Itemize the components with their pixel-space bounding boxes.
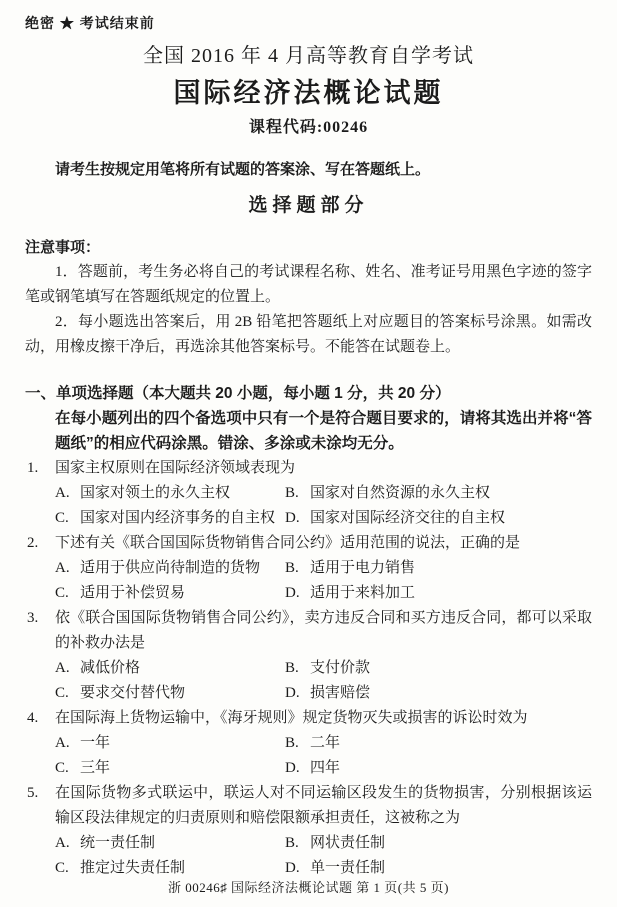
option-label: C. <box>55 506 80 531</box>
option-b: B.支付价款 <box>285 656 592 681</box>
paper-title: 国际经济法概论试题 <box>25 76 592 110</box>
option-label: C. <box>55 581 80 606</box>
question-4: 4. 在国际海上货物运输中，《海牙规则》规定货物灭失或损害的诉讼时效为 A.一年… <box>25 706 592 781</box>
question-stem-text: 在国际货物多式联运中，联运人对不同运输区段发生的货物损害，分别根据该运输区段法律… <box>55 785 592 826</box>
question-number: 5. <box>27 781 55 806</box>
attention-block: 注意事项： 1．答题前，考生务必将自己的考试课程名称、姓名、准考证号用黑色字迹的… <box>25 235 592 360</box>
option-b: B.网状责任制 <box>285 831 592 856</box>
question-options: A.适用于供应尚待制造的货物 B.适用于电力销售 C.适用于补偿贸易 D.适用于… <box>25 556 592 606</box>
section-title: 选择题部分 <box>25 193 592 218</box>
exam-paper-page: 绝密 ★ 考试结束前 全国 2016 年 4 月高等教育自学考试 国际经济法概论… <box>0 0 617 907</box>
option-label: A. <box>55 831 80 856</box>
option-text: 支付价款 <box>310 660 370 676</box>
option-text: 减低价格 <box>80 660 140 676</box>
option-text: 国家对国内经济事务的自主权 <box>80 510 275 526</box>
attention-item-2: 2．每小题选出答案后，用 2B 铅笔把答题纸上对应题目的答案标号涂黑。如需改动，… <box>25 310 592 360</box>
option-text: 适用于来料加工 <box>310 585 415 601</box>
question-stem: 5. 在国际货物多式联运中，联运人对不同运输区段发生的货物损害，分别根据该运输区… <box>25 781 592 831</box>
course-code: 课程代码:00246 <box>25 117 592 139</box>
question-options: A.减低价格 B.支付价款 C.要求交付替代物 D.损害赔偿 <box>25 656 592 706</box>
question-options: A.统一责任制 B.网状责任制 C.推定过失责任制 D.单一责任制 <box>25 831 592 881</box>
option-c: C.适用于补偿贸易 <box>55 581 285 606</box>
option-label: A. <box>55 731 80 756</box>
question-number: 2. <box>27 531 55 556</box>
question-number: 4. <box>27 706 55 731</box>
question-stem: 1. 国家主权原则在国际经济领域表现为 <box>25 456 592 481</box>
option-text: 一年 <box>80 735 110 751</box>
option-label: C. <box>55 756 80 781</box>
option-d: D.国家对国际经济交往的自主权 <box>285 506 592 531</box>
answer-sheet-notice: 请考生按规定用笔将所有试题的答案涂、写在答题纸上。 <box>25 160 592 180</box>
option-b: B.二年 <box>285 731 592 756</box>
question-stem-text: 依《联合国国际货物销售合同公约》，卖方违反合同和买方违反合同，都可以采取的补救办… <box>55 610 592 651</box>
attention-title: 注意事项： <box>25 235 592 260</box>
question-2: 2. 下述有关《联合国国际货物销售合同公约》适用范围的说法，正确的是 A.适用于… <box>25 531 592 606</box>
option-label: D. <box>285 756 310 781</box>
question-5: 5. 在国际货物多式联运中，联运人对不同运输区段发生的货物损害，分别根据该运输区… <box>25 781 592 881</box>
option-b: B.适用于电力销售 <box>285 556 592 581</box>
option-c: C.三年 <box>55 756 285 781</box>
option-label: B. <box>285 481 310 506</box>
option-label: B. <box>285 831 310 856</box>
option-label: B. <box>285 656 310 681</box>
option-label: C. <box>55 681 80 706</box>
option-c: C.国家对国内经济事务的自主权 <box>55 506 285 531</box>
option-label: A. <box>55 556 80 581</box>
question-stem: 4. 在国际海上货物运输中，《海牙规则》规定货物灭失或损害的诉讼时效为 <box>25 706 592 731</box>
option-a: A.国家对领土的永久主权 <box>55 481 285 506</box>
option-text: 二年 <box>310 735 340 751</box>
option-b: B.国家对自然资源的永久主权 <box>285 481 592 506</box>
exam-session-title: 全国 2016 年 4 月高等教育自学考试 <box>25 43 592 69</box>
question-options: A.国家对领土的永久主权 B.国家对自然资源的永久主权 C.国家对国内经济事务的… <box>25 481 592 531</box>
option-label: A. <box>55 656 80 681</box>
option-a: A.统一责任制 <box>55 831 285 856</box>
question-stem-text: 在国际海上货物运输中，《海牙规则》规定货物灭失或损害的诉讼时效为 <box>55 710 528 726</box>
option-label: D. <box>285 681 310 706</box>
option-text: 网状责任制 <box>310 835 385 851</box>
option-text: 四年 <box>310 760 340 776</box>
question-stem-text: 下述有关《联合国国际货物销售合同公约》适用范围的说法，正确的是 <box>55 535 520 551</box>
question-number: 1. <box>27 456 55 481</box>
part-one-heading: 一、单项选择题（本大题共 20 小题，每小题 1 分，共 20 分） <box>25 381 592 406</box>
option-label: A. <box>55 481 80 506</box>
option-a: A.减低价格 <box>55 656 285 681</box>
part-one-instruction: 在每小题列出的四个备选项中只有一个是符合题目要求的，请将其选出并将“答题纸”的相… <box>25 406 592 456</box>
option-text: 三年 <box>80 760 110 776</box>
option-d: D.四年 <box>285 756 592 781</box>
option-text: 适用于电力销售 <box>310 560 415 576</box>
question-1: 1. 国家主权原则在国际经济领域表现为 A.国家对领土的永久主权 B.国家对自然… <box>25 456 592 531</box>
option-label: B. <box>285 731 310 756</box>
option-text: 国家对国际经济交往的自主权 <box>310 510 505 526</box>
option-text: 要求交付替代物 <box>80 685 185 701</box>
question-number: 3. <box>27 606 55 631</box>
option-text: 损害赔偿 <box>310 685 370 701</box>
option-label: D. <box>285 506 310 531</box>
question-stem: 2. 下述有关《联合国国际货物销售合同公约》适用范围的说法，正确的是 <box>25 531 592 556</box>
option-a: A.适用于供应尚待制造的货物 <box>55 556 285 581</box>
option-label: B. <box>285 556 310 581</box>
option-text: 统一责任制 <box>80 835 155 851</box>
option-text: 单一责任制 <box>310 860 385 876</box>
classification-label: 绝密 ★ 考试结束前 <box>25 13 592 33</box>
page-footer: 浙 00246♯ 国际经济法概论试题 第 1 页(共 5 页) <box>0 877 617 896</box>
option-text: 国家对自然资源的永久主权 <box>310 485 490 501</box>
question-stem-text: 国家主权原则在国际经济领域表现为 <box>55 460 295 476</box>
option-text: 适用于补偿贸易 <box>80 585 185 601</box>
question-options: A.一年 B.二年 C.三年 D.四年 <box>25 731 592 781</box>
question-stem: 3. 依《联合国国际货物销售合同公约》，卖方违反合同和买方违反合同，都可以采取的… <box>25 606 592 656</box>
question-3: 3. 依《联合国国际货物销售合同公约》，卖方违反合同和买方违反合同，都可以采取的… <box>25 606 592 706</box>
option-c: C.要求交付替代物 <box>55 681 285 706</box>
option-d: D.损害赔偿 <box>285 681 592 706</box>
option-text: 推定过失责任制 <box>80 860 185 876</box>
option-text: 适用于供应尚待制造的货物 <box>80 560 260 576</box>
option-a: A.一年 <box>55 731 285 756</box>
option-label: D. <box>285 581 310 606</box>
attention-item-1: 1．答题前，考生务必将自己的考试课程名称、姓名、准考证号用黑色字迹的签字笔或钢笔… <box>25 260 592 310</box>
option-text: 国家对领土的永久主权 <box>80 485 230 501</box>
option-d: D.适用于来料加工 <box>285 581 592 606</box>
